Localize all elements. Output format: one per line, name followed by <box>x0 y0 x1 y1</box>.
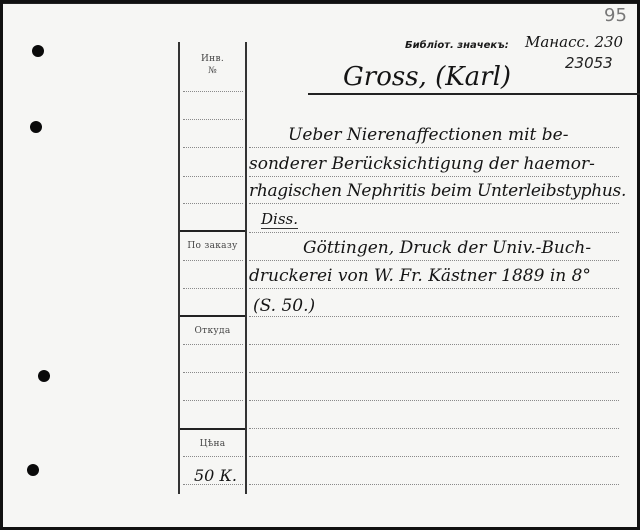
body-rule <box>249 344 619 345</box>
library-mark-value: Манасс. 230 <box>525 33 623 51</box>
section-divider <box>180 230 245 232</box>
imprint-line-1: Göttingen, Druck der Univ.-Buch- <box>303 238 591 258</box>
punch-hole <box>38 370 50 382</box>
dotted-rule <box>183 176 243 177</box>
price-label: Цѣна <box>180 439 245 449</box>
body-rule <box>249 372 619 373</box>
price-value: 50 К. <box>194 466 237 485</box>
dotted-rule <box>183 456 243 457</box>
accession-number: 23053 <box>565 54 613 72</box>
dotted-rule <box>183 147 243 148</box>
dotted-rule <box>183 203 243 204</box>
imprint-line-2: druckerei von W. Fr. Kästner 1889 in 8° <box>249 266 591 286</box>
source-label: Откуда <box>180 326 245 336</box>
section-divider <box>180 315 245 317</box>
punch-hole <box>30 121 42 133</box>
dotted-rule <box>183 288 243 289</box>
body-rule <box>249 176 619 177</box>
title-line-3: rhagischen Nephritis beim Unterleibstyph… <box>249 181 626 201</box>
dotted-rule <box>183 344 243 345</box>
title-line-1: Ueber Nierenaffectionen mit be- <box>288 125 568 145</box>
inv-no-label: № <box>180 66 245 76</box>
inv-label: Инв. <box>180 54 245 64</box>
body-rule <box>249 288 619 289</box>
body-rule <box>249 232 619 233</box>
dotted-rule <box>183 119 243 120</box>
body-rule <box>249 260 619 261</box>
dotted-rule <box>183 400 243 401</box>
body-rule <box>249 484 619 485</box>
body-rule <box>249 147 619 148</box>
body-rule <box>249 428 619 429</box>
dotted-rule <box>183 372 243 373</box>
title-line-2: sonderer Berücksichtigung der haemor- <box>249 154 595 174</box>
page-number: 95 <box>604 5 627 26</box>
body-rule <box>249 456 619 457</box>
section-divider <box>180 428 245 430</box>
author-heading: Gross, (Karl) <box>343 62 511 92</box>
order-label: По заказу <box>180 241 245 251</box>
column-rule-left <box>178 42 180 494</box>
dotted-rule <box>183 260 243 261</box>
punch-hole <box>27 464 39 476</box>
body-rule <box>249 400 619 401</box>
library-mark-label: Библіот. значекъ: <box>405 40 509 51</box>
punch-hole <box>32 45 44 57</box>
body-rule <box>249 203 619 204</box>
body-rule <box>249 316 619 317</box>
dotted-rule <box>183 91 243 92</box>
title-line-4: Diss. <box>261 210 298 229</box>
author-rule <box>308 93 640 95</box>
column-rule-right <box>245 42 247 494</box>
imprint-line-3: (S. 50.) <box>253 296 315 316</box>
catalog-card: Инв. № По заказу Откуда Цѣна 50 К. 95 Би… <box>3 3 637 527</box>
